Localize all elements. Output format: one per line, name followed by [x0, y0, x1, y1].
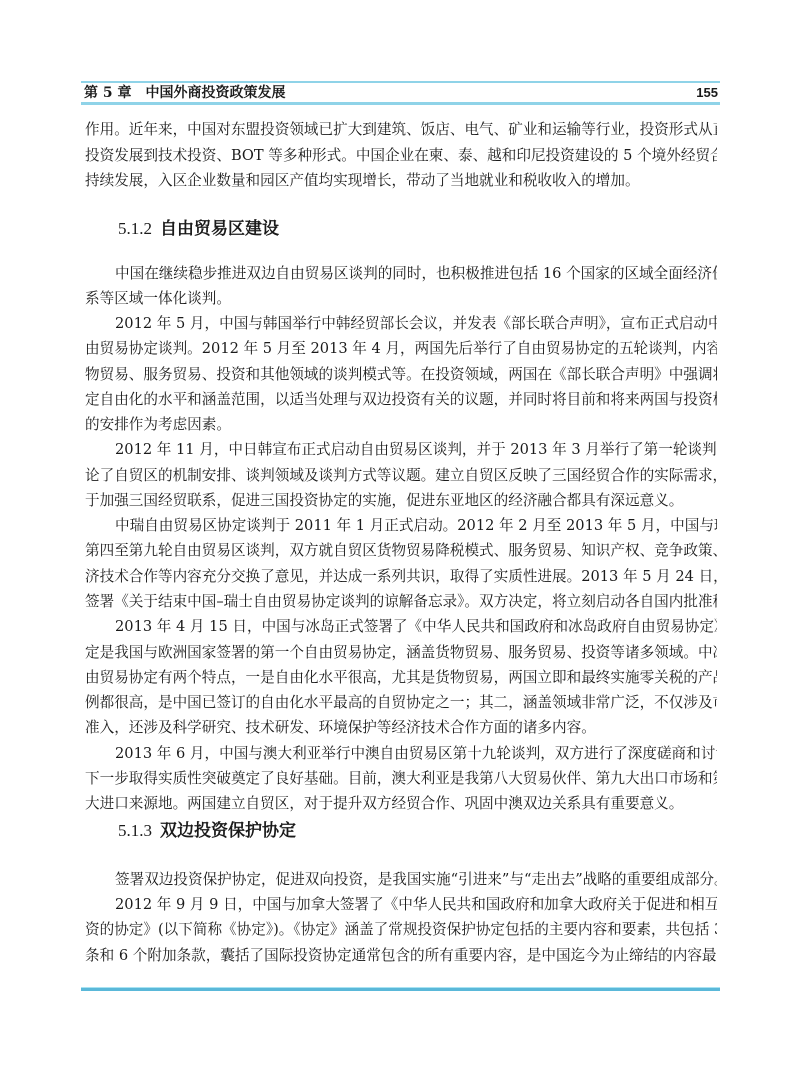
text-line: 下一步取得实质性突破奠定了良好基础。目前，澳大利亚是我第八大贸易伙伴、第九大出口… [85, 769, 717, 789]
chapter-number: 第 5 章 [84, 85, 132, 101]
text-line: 由贸易协定谈判。2012 年 5 月至 2013 年 4 月，两国先后举行了自由… [85, 339, 717, 359]
text-line: 例都很高，是中国已签订的自由化水平最高的自贸协定之一；其二，涵盖领域非常广泛，不… [85, 693, 717, 713]
text-line: 持续发展，入区企业数量和园区产值均实现增长，带动了当地就业和税收收入的增加。 [85, 171, 717, 191]
text-line: 论了自贸区的机制安排、谈判领域及谈判方式等议题。建立自贸区反映了三国经贸合作的实… [85, 466, 717, 486]
text-line: 签署《关于结束中国–瑞士自由贸易协定谈判的谅解备忘录》。双方决定，将立刻启动各自… [85, 592, 717, 612]
section-title: 自由贸易区建设 [160, 219, 279, 239]
text-line: 作用。近年来，中国对东盟投资领域已扩大到建筑、饭店、电气、矿业和运输等行业，投资… [85, 120, 717, 140]
footer-rule [81, 987, 720, 991]
text-line: 2013 年 4 月 15 日，中国与冰岛正式签署了《中华人民共和国政府和冰岛政… [115, 617, 717, 637]
text-line: 由贸易协定有两个特点，一是自由化水平很高，尤其是货物贸易，两国立即和最终实施零关… [85, 668, 717, 688]
text-line: 投资发展到技术投资、BOT 等多种形式。中国企业在柬、泰、越和印尼投资建设的 5… [85, 146, 717, 166]
text-line: 资的协定》(以下简称《协定》)。《协定》涵盖了常规投资保护协定包括的主要内容和要… [85, 920, 717, 940]
section-heading-5-1-3: 5.1.3双边投资保护协定 [118, 819, 296, 843]
header-top-rule [81, 81, 720, 83]
section-heading-5-1-2: 5.1.2自由贸易区建设 [118, 217, 279, 241]
text-line: 2012 年 5 月，中国与韩国举行中韩经贸部长会议，并发表《部长联合声明》，宣… [115, 314, 717, 334]
text-line: 中瑞自由贸易区协定谈判于 2011 年 1 月正式启动。2012 年 2 月至 … [115, 516, 717, 536]
header-bottom-rule [81, 102, 720, 105]
text-line: 定自由化的水平和涵盖范围，以适当处理与双边投资有关的议题，并同时将目前和将来两国… [85, 390, 717, 410]
section-title: 双边投资保护协定 [160, 821, 296, 841]
text-line: 的安排作为考虑因素。 [85, 415, 717, 435]
text-line: 定是我国与欧洲国家签署的第一个自由贸易协定，涵盖货物贸易、服务贸易、投资等诸多领… [85, 643, 717, 663]
text-line: 济技术合作等内容充分交换了意见，并达成一系列共识，取得了实质性进展。2013 年… [85, 567, 717, 587]
section-number: 5.1.3 [118, 821, 152, 840]
text-line: 2013 年 6 月，中国与澳大利亚举行中澳自由贸易区第十九轮谈判，双方进行了深… [115, 744, 717, 764]
page-number: 155 [696, 84, 718, 102]
text-line: 2012 年 9 月 9 日，中国与加拿大签署了《中华人民共和国政府和加拿大政府… [115, 895, 717, 915]
text-line: 系等区域一体化谈判。 [85, 289, 717, 309]
text-line: 2012 年 11 月，中日韩宣布正式启动自由贸易区谈判，并于 2013 年 3… [115, 440, 717, 460]
text-line: 第四至第九轮自由贸易区谈判，双方就自贸区货物贸易降税模式、服务贸易、知识产权、竞… [85, 541, 717, 561]
running-header-left: 第 5 章中国外商投资政策发展 [84, 84, 286, 102]
text-line: 大进口来源地。两国建立自贸区，对于提升双方经贸合作、巩固中澳双边关系具有重要意义… [85, 794, 717, 814]
section-number: 5.1.2 [118, 219, 152, 238]
text-line: 中国在继续稳步推进双边自由贸易区谈判的同时，也积极推进包括 16 个国家的区域全… [115, 264, 717, 284]
text-line: 签署双边投资保护协定，促进双向投资，是我国实施“引进来”与“走出去”战略的重要组… [115, 870, 717, 890]
text-line: 条和 6 个附加条款，囊括了国际投资协定通常包含的所有重要内容，是中国迄今为止缔… [85, 946, 717, 966]
chapter-title: 中国外商投资政策发展 [146, 85, 286, 101]
text-line: 物贸易、服务贸易、投资和其他领域的谈判模式等。在投资领域，两国在《部长联合声明》… [85, 365, 717, 385]
text-line: 于加强三国经贸联系，促进三国投资协定的实施，促进东亚地区的经济融合都具有深远意义… [85, 491, 717, 511]
text-line: 准入，还涉及科学研究、技术研发、环境保护等经济技术合作方面的诸多内容。 [85, 718, 717, 738]
